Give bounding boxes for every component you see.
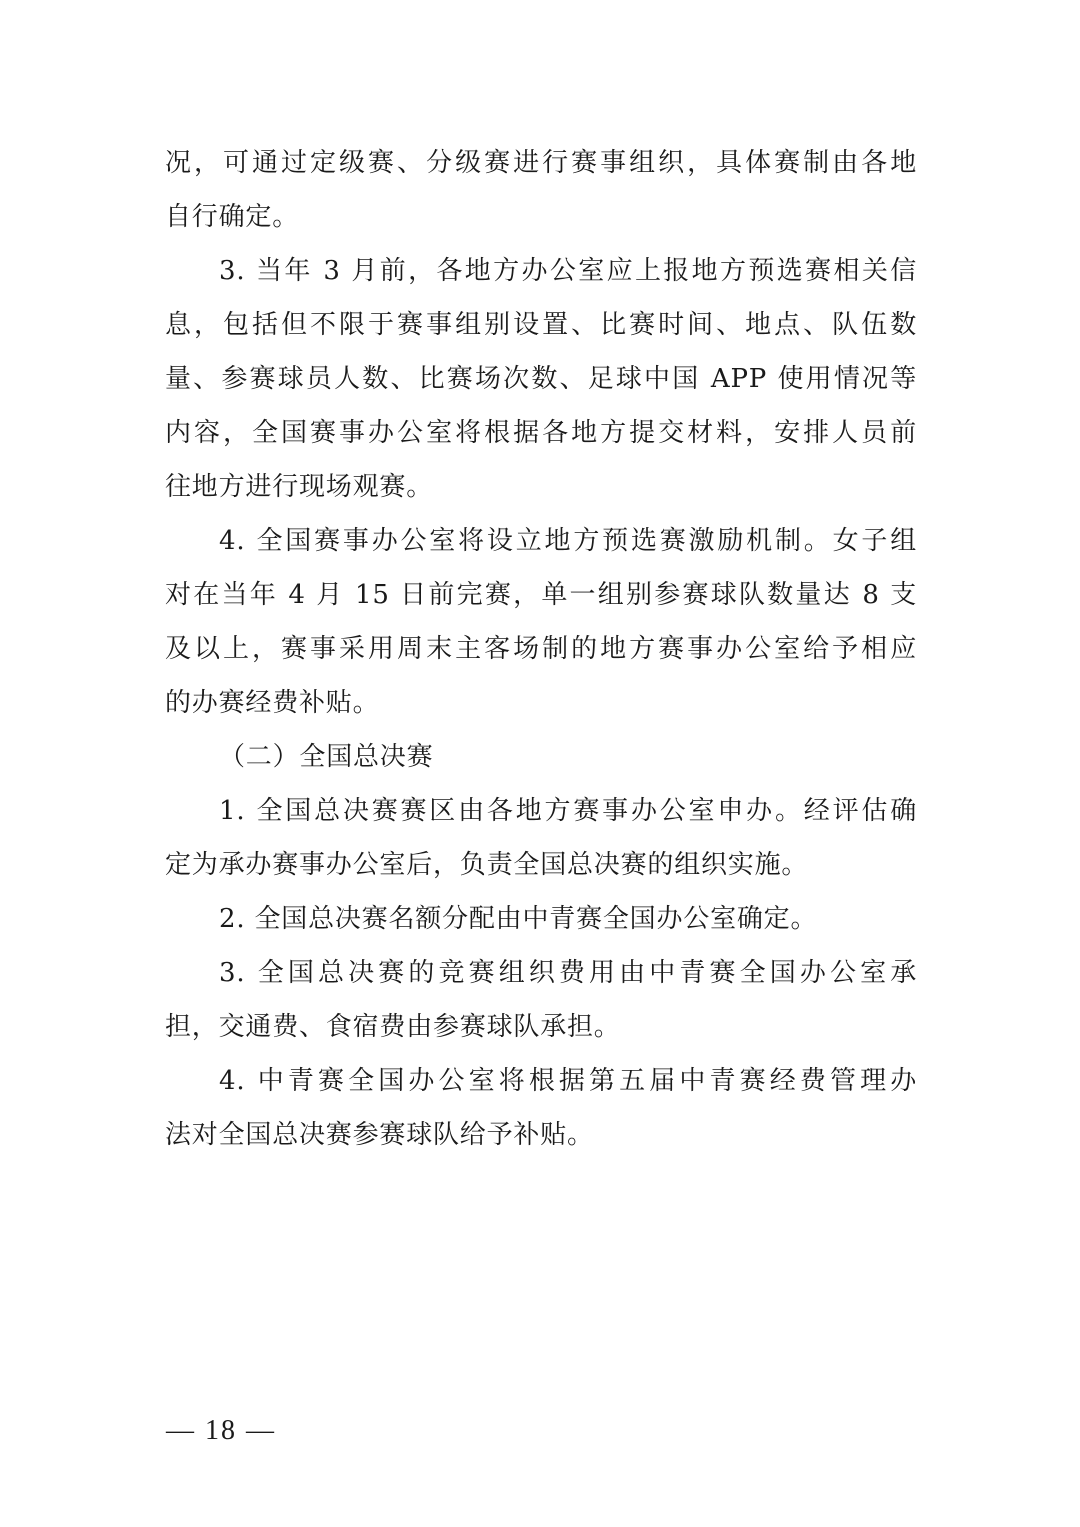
paragraph-item-3-report: 3. 当年 3 月前，各地方办公室应上报地方预选赛相关信 息，包括但不限于赛事组… bbox=[165, 244, 917, 514]
text-line: 内容，全国赛事办公室将根据各地方提交材料，安排人员前 bbox=[165, 406, 917, 460]
paragraph-finals-item-2: 2. 全国总决赛名额分配由中青赛全国办公室确定。 bbox=[165, 892, 917, 946]
text-line: 担，交通费、食宿费由参赛球队承担。 bbox=[165, 1000, 917, 1054]
paragraph-finals-item-3: 3. 全国总决赛的竞赛组织费用由中青赛全国办公室承 担，交通费、食宿费由参赛球队… bbox=[165, 946, 917, 1054]
text-line: 况，可通过定级赛、分级赛进行赛事组织，具体赛制由各地 bbox=[165, 136, 917, 190]
text-line: 4. 中青赛全国办公室将根据第五届中青赛经费管理办 bbox=[165, 1054, 917, 1108]
text-line: 息，包括但不限于赛事组别设置、比赛时间、地点、队伍数 bbox=[165, 298, 917, 352]
text-line: 4. 全国赛事办公室将设立地方预选赛激励机制。女子组 bbox=[165, 514, 917, 568]
paragraph-item-4-incentive: 4. 全国赛事办公室将设立地方预选赛激励机制。女子组 对在当年 4 月 15 日… bbox=[165, 514, 917, 730]
text-line: 法对全国总决赛参赛球队给予补贴。 bbox=[165, 1108, 917, 1162]
section-heading-national-finals: （二）全国总决赛 bbox=[165, 730, 917, 784]
text-line: 量、参赛球员人数、比赛场次数、足球中国 APP 使用情况等 bbox=[165, 352, 917, 406]
text-line: 3. 当年 3 月前，各地方办公室应上报地方预选赛相关信 bbox=[165, 244, 917, 298]
page-number: — 18 — bbox=[166, 1415, 276, 1447]
text-line: 定为承办赛事办公室后，负责全国总决赛的组织实施。 bbox=[165, 838, 917, 892]
text-line: 及以上，赛事采用周末主客场制的地方赛事办公室给予相应 bbox=[165, 622, 917, 676]
document-page: 况，可通过定级赛、分级赛进行赛事组织，具体赛制由各地 自行确定。 3. 当年 3… bbox=[165, 136, 917, 1162]
paragraph-finals-item-4: 4. 中青赛全国办公室将根据第五届中青赛经费管理办 法对全国总决赛参赛球队给予补… bbox=[165, 1054, 917, 1162]
paragraph-finals-item-1: 1. 全国总决赛赛区由各地方赛事办公室申办。经评估确 定为承办赛事办公室后，负责… bbox=[165, 784, 917, 892]
text-line: 3. 全国总决赛的竞赛组织费用由中青赛全国办公室承 bbox=[165, 946, 917, 1000]
paragraph-continuation: 况，可通过定级赛、分级赛进行赛事组织，具体赛制由各地 自行确定。 bbox=[165, 136, 917, 244]
text-line: 2. 全国总决赛名额分配由中青赛全国办公室确定。 bbox=[165, 892, 917, 946]
text-line: 的办赛经费补贴。 bbox=[165, 676, 917, 730]
text-line: 往地方进行现场观赛。 bbox=[165, 460, 917, 514]
section-heading: （二）全国总决赛 bbox=[165, 730, 917, 784]
text-line: 对在当年 4 月 15 日前完赛，单一组别参赛球队数量达 8 支 bbox=[165, 568, 917, 622]
text-line: 1. 全国总决赛赛区由各地方赛事办公室申办。经评估确 bbox=[165, 784, 917, 838]
text-line: 自行确定。 bbox=[165, 190, 917, 244]
